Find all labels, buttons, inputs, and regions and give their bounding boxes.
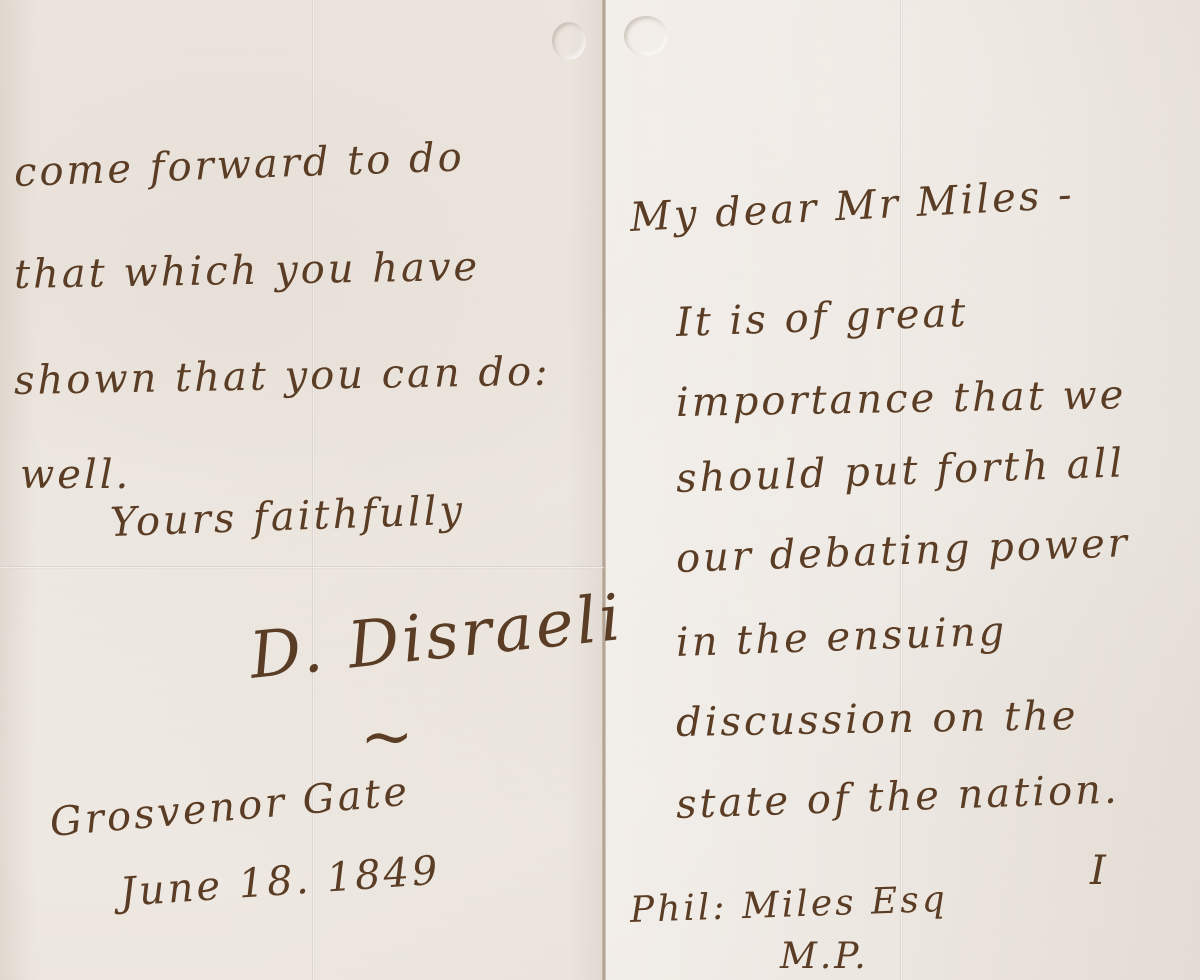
right-line-6: discussion on the bbox=[676, 693, 1079, 746]
left-line-2: that which you have bbox=[14, 244, 481, 298]
page-marker: I bbox=[1090, 848, 1109, 894]
embossed-crest-left bbox=[552, 22, 586, 60]
left-line-4: well. bbox=[20, 452, 131, 498]
embossed-crest-right bbox=[624, 16, 668, 56]
right-line-2: importance that we bbox=[676, 372, 1127, 426]
left-line-3: shown that you can do: bbox=[14, 349, 551, 404]
signature-flourish: ~ bbox=[360, 700, 417, 774]
horizontal-fold bbox=[0, 566, 604, 569]
addressee-suffix: M.P. bbox=[780, 936, 869, 977]
letter-sheet: come forward to do that which you have s… bbox=[0, 0, 1200, 980]
center-spine-fold bbox=[602, 0, 606, 980]
